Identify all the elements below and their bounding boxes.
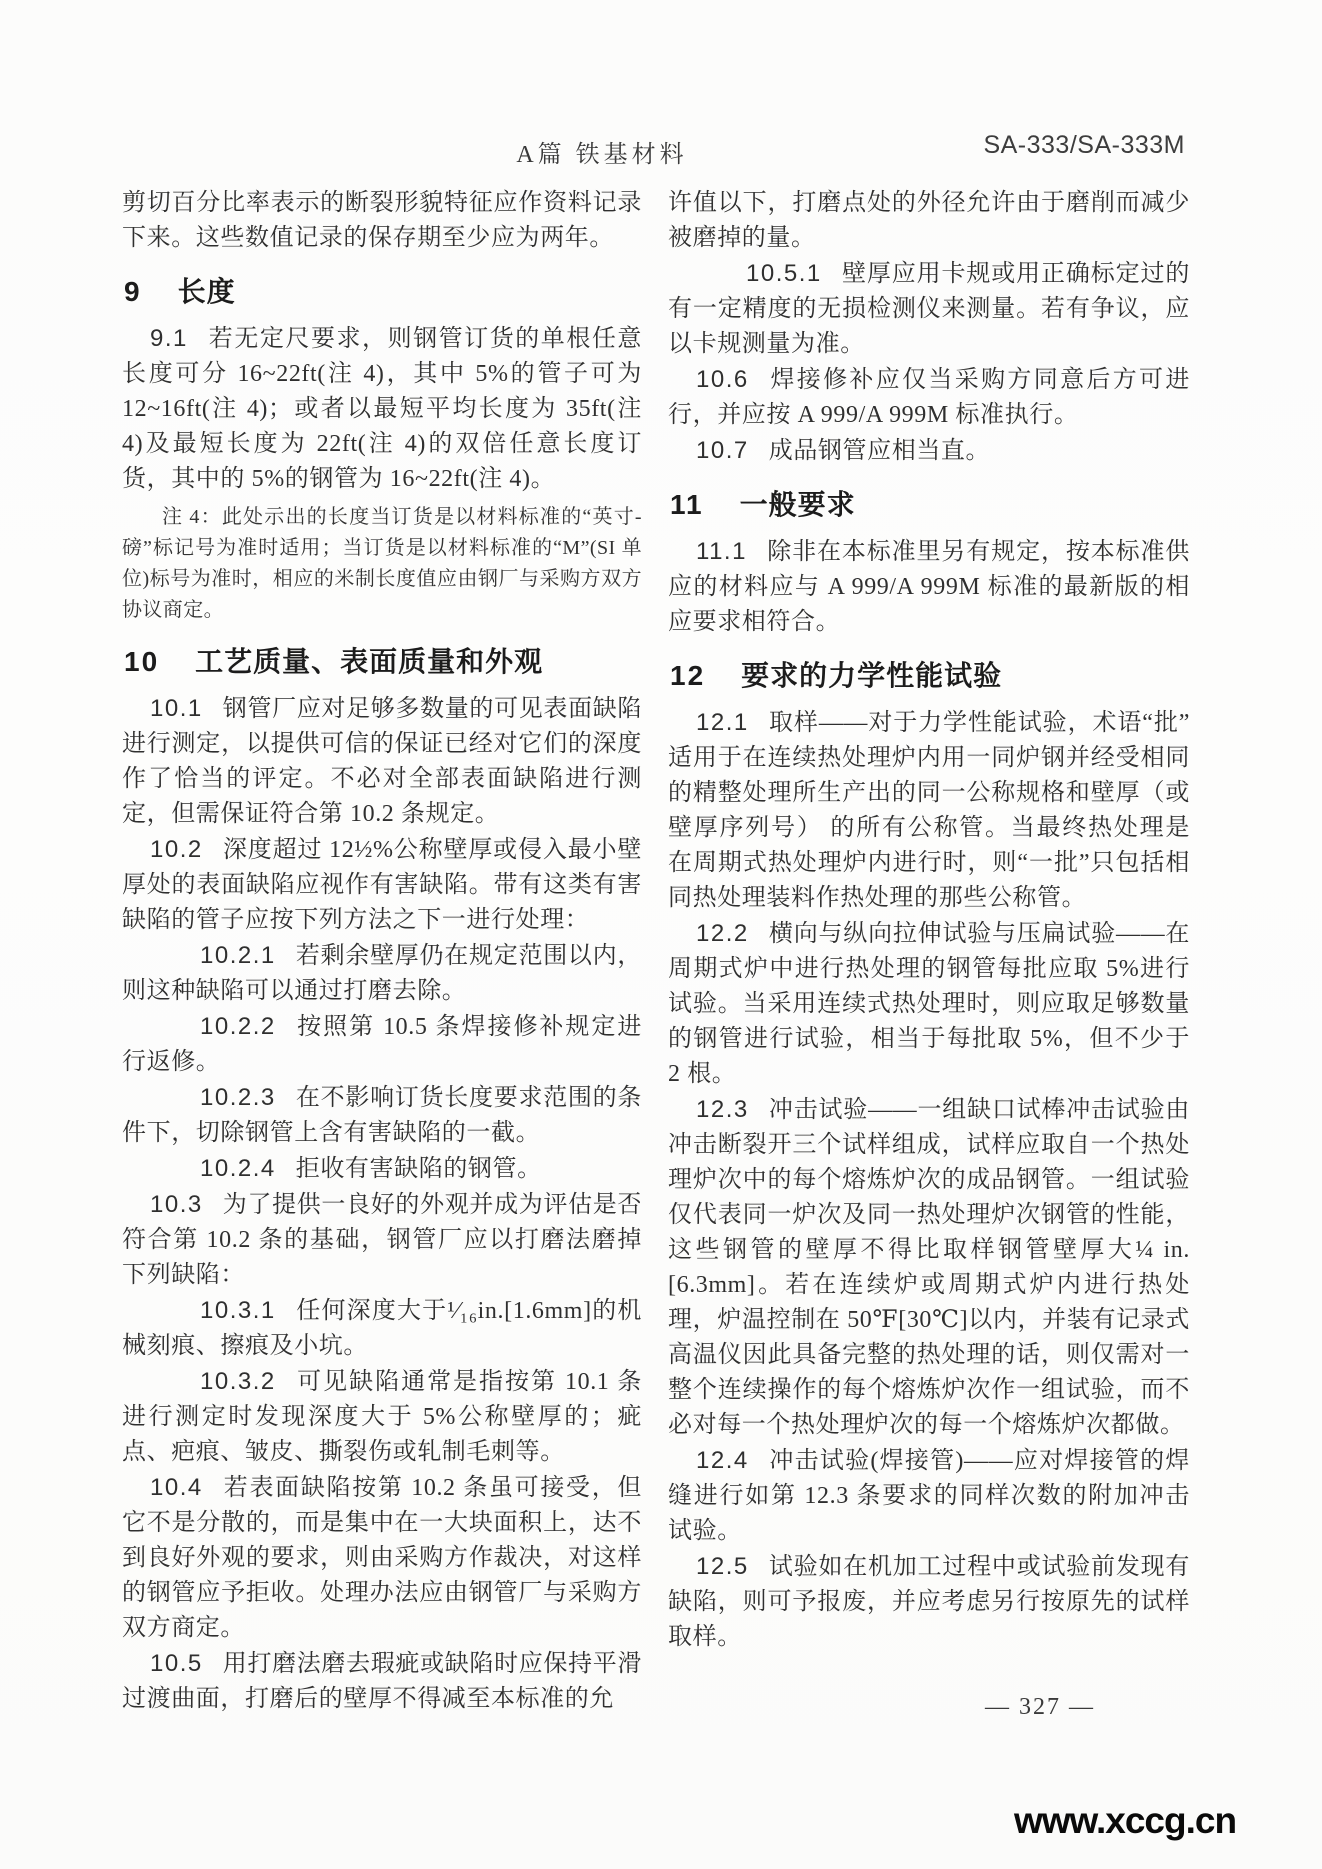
clause-number: 12.4 bbox=[696, 1447, 749, 1474]
body-paragraph: 10.2.4拒收有害缺陷的钢管。 bbox=[122, 1151, 642, 1187]
clause-number: 10.5.1 bbox=[746, 260, 822, 287]
right-column: 许值以下，打磨点处的外径允许由于磨削而减少被磨掉的量。10.5.1壁厚应用卡规或… bbox=[668, 186, 1190, 1655]
standard-code: SA-333/SA-333M bbox=[983, 131, 1185, 160]
body-paragraph: 10.5.1壁厚应用卡规或用正确标定过的有一定精度的无损检测仪来测量。若有争议，… bbox=[668, 256, 1190, 362]
section-heading: 11一般要求 bbox=[668, 486, 1190, 523]
body-paragraph: 10.2.3在不影响订货长度要求范围的条件下，切除钢管上含有害缺陷的一截。 bbox=[122, 1080, 642, 1151]
section-heading: 9长度 bbox=[122, 273, 642, 310]
body-paragraph: 10.3.1任何深度大于¹⁄₁₆in.[1.6mm]的机械刻痕、擦痕及小坑。 bbox=[122, 1293, 642, 1364]
clause-number: 11.1 bbox=[696, 538, 747, 565]
body-paragraph: 12.2横向与纵向拉伸试验与压扁试验——在周期式炉中进行热处理的钢管每批应取 5… bbox=[668, 916, 1190, 1092]
page-number: — 327 — bbox=[940, 1694, 1140, 1721]
clause-number: 10.5 bbox=[150, 1650, 203, 1677]
section-heading: 10工艺质量、表面质量和外观 bbox=[122, 643, 642, 680]
clause-number: 9.1 bbox=[150, 325, 188, 352]
body-paragraph: 12.3冲击试验——一组缺口试棒冲击试验由冲击断裂开三个试样组成，试样应取自一个… bbox=[668, 1092, 1190, 1443]
clause-number: 10.2.2 bbox=[200, 1013, 276, 1040]
clause-number: 10.3.1 bbox=[200, 1297, 276, 1324]
clause-number: 10.2.4 bbox=[200, 1155, 276, 1182]
section-number: 11 bbox=[670, 489, 704, 520]
section-number: 12 bbox=[670, 660, 705, 691]
section-title: 要求的力学性能试验 bbox=[741, 660, 1002, 691]
body-paragraph: 许值以下，打磨点处的外径允许由于磨削而减少被磨掉的量。 bbox=[668, 186, 1190, 256]
clause-number: 10.2 bbox=[150, 836, 203, 863]
left-column: 剪切百分比率表示的断裂形貌特征应作资料记录下来。这些数值记录的保存期至少应为两年… bbox=[122, 186, 642, 1717]
body-paragraph: 10.2.1若剩余壁厚仍在规定范围以内，则这种缺陷可以通过打磨去除。 bbox=[122, 938, 642, 1009]
note-paragraph: 注 4：此处示出的长度当订货是以材料标准的“英寸-磅”标记号为准时适用；当订货是… bbox=[122, 502, 642, 626]
body-paragraph: 10.3.2可见缺陷通常是指按第 10.1 条进行测定时发现深度大于 5%公称壁… bbox=[122, 1364, 642, 1470]
clause-number: 12.2 bbox=[696, 920, 749, 947]
body-paragraph: 10.5用打磨法磨去瑕疵或缺陷时应保持平滑过渡曲面，打磨后的壁厚不得减至本标准的… bbox=[122, 1646, 642, 1717]
body-paragraph: 10.7成品钢管应相当直。 bbox=[668, 433, 1190, 469]
body-paragraph: 10.2深度超过 12½%公称壁厚或侵入最小壁厚处的表面缺陷应视作有害缺陷。带有… bbox=[122, 832, 642, 938]
body-paragraph: 10.4若表面缺陷按第 10.2 条虽可接受，但它不是分散的，而是集中在一大块面… bbox=[122, 1470, 642, 1646]
document-page: A篇 铁基材料 SA-333/SA-333M 剪切百分比率表示的断裂形貌特征应作… bbox=[0, 0, 1322, 1869]
clause-number: 10.2.3 bbox=[200, 1084, 276, 1111]
clause-number: 10.7 bbox=[696, 437, 749, 464]
section-number: 10 bbox=[124, 646, 159, 677]
body-paragraph: 10.2.2按照第 10.5 条焊接修补规定进行返修。 bbox=[122, 1009, 642, 1080]
running-header-title: A篇 铁基材料 bbox=[122, 134, 1082, 169]
watermark-text: www.xccg.cn bbox=[1014, 1800, 1236, 1842]
body-paragraph: 11.1除非在本标准里另有规定，按本标准供应的材料应与 A 999/A 999M… bbox=[668, 534, 1190, 640]
body-paragraph: 9.1若无定尺要求，则钢管订货的单根任意长度可分 16~22ft(注 4)，其中… bbox=[122, 321, 642, 497]
clause-number: 10.6 bbox=[696, 366, 749, 393]
clause-number: 10.1 bbox=[150, 695, 203, 722]
clause-number: 10.4 bbox=[150, 1474, 203, 1501]
body-paragraph: 10.3为了提供一良好的外观并成为评估是否符合第 10.2 条的基础，钢管厂应以… bbox=[122, 1187, 642, 1293]
body-paragraph: 10.6焊接修补应仅当采购方同意后方可进行，并应按 A 999/A 999M 标… bbox=[668, 362, 1190, 433]
body-paragraph: 剪切百分比率表示的断裂形貌特征应作资料记录下来。这些数值记录的保存期至少应为两年… bbox=[122, 186, 642, 256]
clause-number: 12.1 bbox=[696, 709, 749, 736]
clause-number: 12.3 bbox=[696, 1096, 749, 1123]
body-paragraph: 10.1钢管厂应对足够多数量的可见表面缺陷进行测定，以提供可信的保证已经对它们的… bbox=[122, 691, 642, 832]
section-title: 工艺质量、表面质量和外观 bbox=[195, 646, 543, 677]
body-paragraph: 12.5试验如在机加工过程中或试验前发现有缺陷，则可予报废，并应考虑另行按原先的… bbox=[668, 1549, 1190, 1655]
clause-number: 12.5 bbox=[696, 1553, 749, 1580]
section-heading: 12要求的力学性能试验 bbox=[668, 657, 1190, 694]
section-number: 9 bbox=[124, 276, 142, 307]
section-title: 一般要求 bbox=[740, 489, 856, 520]
clause-number: 10.3 bbox=[150, 1191, 203, 1218]
body-paragraph: 12.4冲击试验(焊接管)——应对焊接管的焊缝进行如第 12.3 条要求的同样次… bbox=[668, 1443, 1190, 1549]
body-paragraph: 12.1取样——对于力学性能试验，术语“批” 适用于在连续热处理炉内用一同炉钢并… bbox=[668, 705, 1190, 916]
clause-number: 10.2.1 bbox=[200, 942, 276, 969]
clause-number: 10.3.2 bbox=[200, 1368, 276, 1395]
section-title: 长度 bbox=[178, 276, 236, 307]
